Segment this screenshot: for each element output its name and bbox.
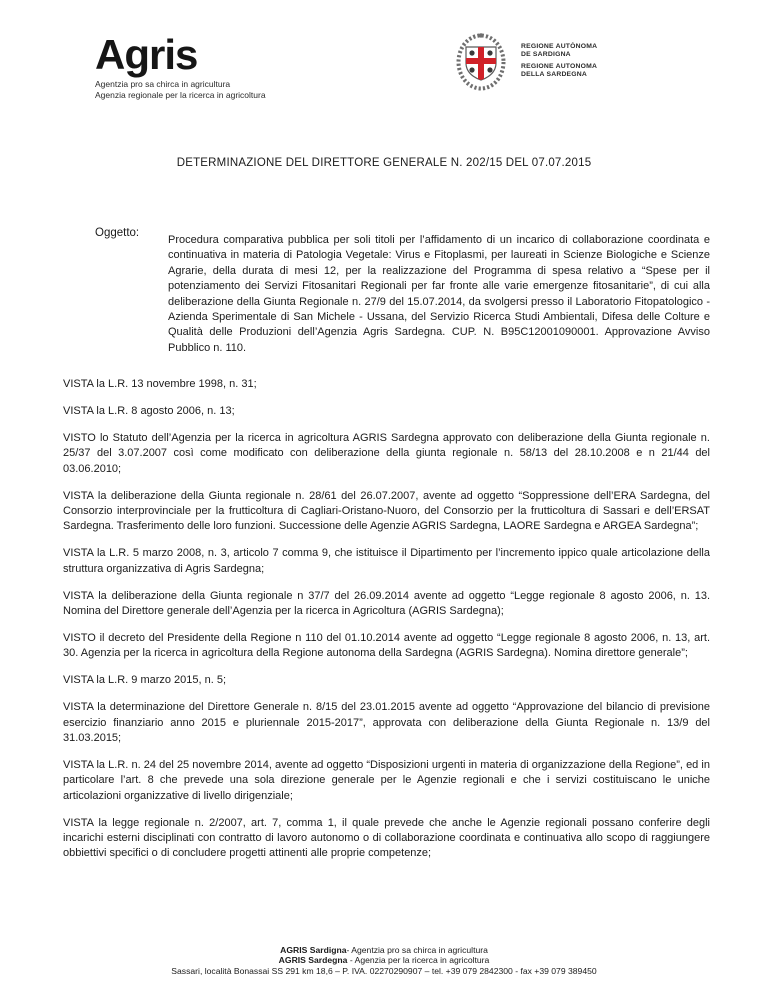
region-name-block: REGIONE AUTÒNOMA DE SARDIGNA REGIONE AUT… bbox=[521, 43, 597, 83]
footer-org-sardinian-rest: - Agentzia pro sa chirca in agricultura bbox=[346, 945, 487, 955]
footer-org-italian-rest: - Agenzia per la ricerca in agricoltura bbox=[347, 955, 489, 965]
document-title: DETERMINAZIONE DEL DIRETTORE GENERALE N.… bbox=[0, 157, 768, 169]
document-footer: AGRIS Sardigna- Agentzia pro sa chirca i… bbox=[0, 945, 768, 976]
agris-subtitle-sardinian: Agentzia pro sa chirca in agricultura bbox=[95, 79, 266, 90]
footer-org-italian: AGRIS Sardegna bbox=[279, 955, 348, 965]
oggetto-text: Procedura comparativa pubblica per soli … bbox=[168, 233, 710, 356]
agris-wordmark: Agris bbox=[95, 34, 266, 76]
paragraph: VISTO il decreto del Presidente della Re… bbox=[63, 631, 710, 662]
paragraph: VISTA la legge regionale n. 2/2007, art.… bbox=[63, 816, 710, 862]
document-body: VISTA la L.R. 13 novembre 1998, n. 31; V… bbox=[63, 377, 710, 873]
region-name-line: REGIONE AUTÒNOMA bbox=[521, 43, 597, 51]
paragraph: VISTA la deliberazione della Giunta regi… bbox=[63, 489, 710, 535]
oggetto-label: Oggetto: bbox=[95, 227, 139, 239]
footer-address: Sassari, località Bonassai SS 291 km 18,… bbox=[0, 966, 768, 976]
footer-org-sardinian: AGRIS Sardigna bbox=[280, 945, 346, 955]
paragraph: VISTA la L.R. 5 marzo 2008, n. 3, artico… bbox=[63, 546, 710, 577]
paragraph: VISTA la determinazione del Direttore Ge… bbox=[63, 700, 710, 746]
paragraph: VISTO lo Statuto dell’Agenzia per la ric… bbox=[63, 431, 710, 477]
footer-line-1: AGRIS Sardigna- Agentzia pro sa chirca i… bbox=[0, 945, 768, 955]
document-page: Agris Agentzia pro sa chirca in agricult… bbox=[0, 0, 768, 994]
paragraph: VISTA la deliberazione della Giunta regi… bbox=[63, 589, 710, 620]
paragraph: VISTA la L.R. 8 agosto 2006, n. 13; bbox=[63, 404, 710, 419]
region-name-line: REGIONE AUTONOMA bbox=[521, 63, 597, 71]
agris-subtitle-italian: Agenzia regionale per la ricerca in agri… bbox=[95, 90, 266, 101]
region-name-line: DELLA SARDEGNA bbox=[521, 71, 597, 79]
region-name-line: DE SARDIGNA bbox=[521, 51, 597, 59]
region-logo: REGIONE AUTÒNOMA DE SARDIGNA REGIONE AUT… bbox=[455, 32, 597, 92]
paragraph: VISTA la L.R. 9 marzo 2015, n. 5; bbox=[63, 673, 710, 688]
paragraph: VISTA la L.R. n. 24 del 25 novembre 2014… bbox=[63, 758, 710, 804]
footer-line-2: AGRIS Sardegna - Agenzia per la ricerca … bbox=[0, 955, 768, 965]
agris-logo: Agris Agentzia pro sa chirca in agricult… bbox=[95, 34, 266, 100]
paragraph: VISTA la L.R. 13 novembre 1998, n. 31; bbox=[63, 377, 710, 392]
sardinia-crest-icon bbox=[455, 32, 507, 92]
